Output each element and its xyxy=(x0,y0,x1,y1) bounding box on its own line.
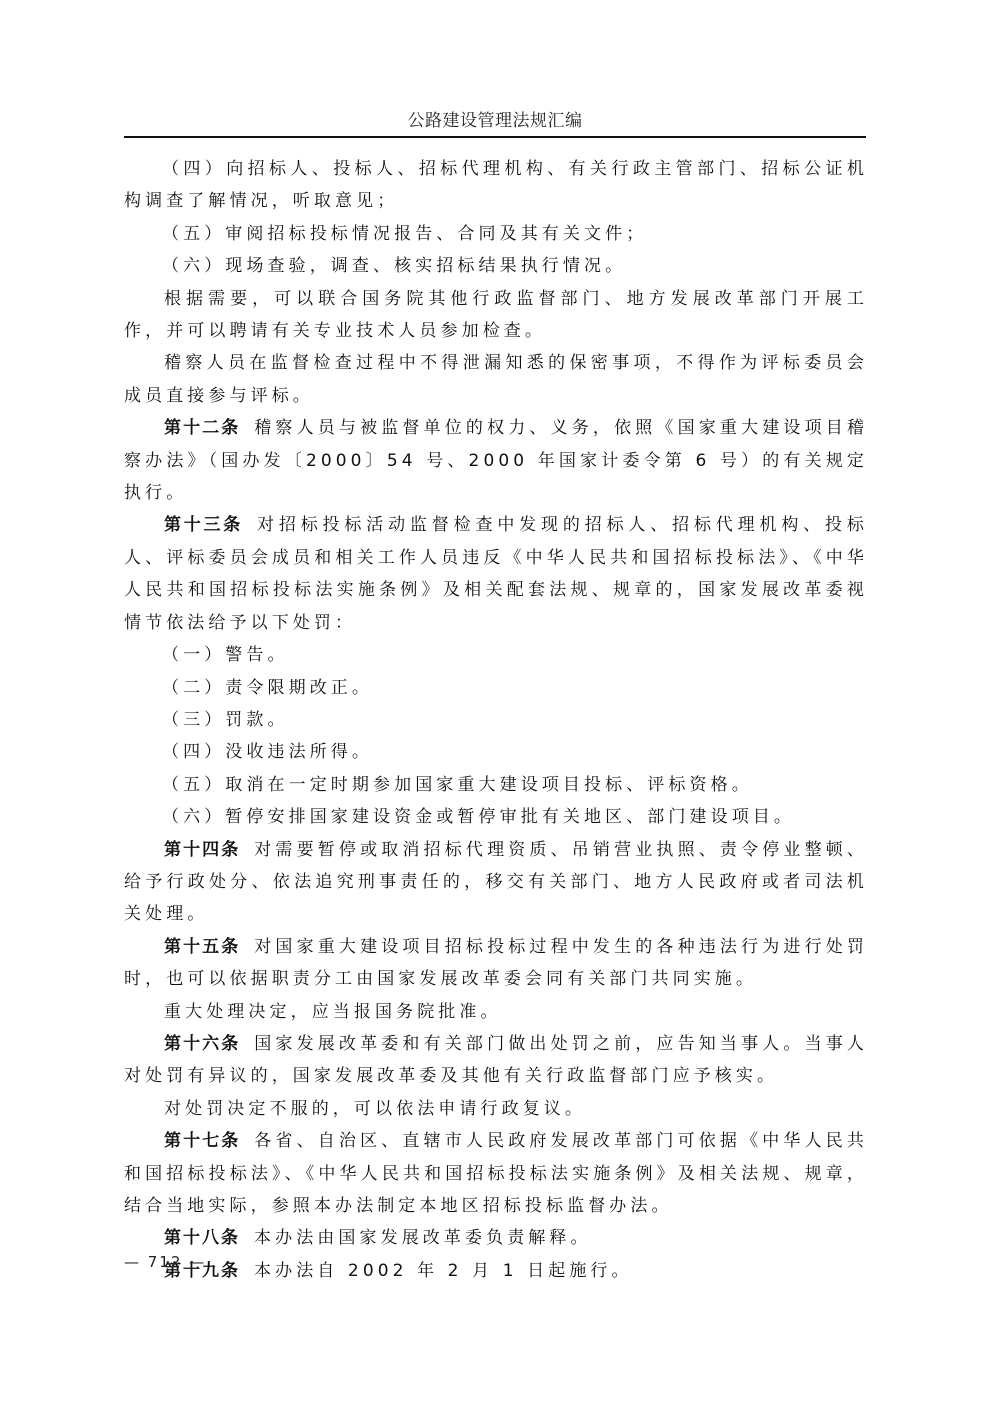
penalty-item-4: （四）没收违法所得。 xyxy=(124,736,868,768)
running-header-title: 公路建设管理法规汇编 xyxy=(124,106,866,131)
article-label: 第十四条 xyxy=(164,840,240,860)
paragraph-text: （三）罚款。 xyxy=(162,710,289,730)
paragraph-text: （六）暂停安排国家建设资金或暂停审批有关地区、部门建设项目。 xyxy=(162,807,795,827)
article-label: 第十五条 xyxy=(164,937,240,957)
paragraph-text: （四）没收违法所得。 xyxy=(162,742,373,762)
penalty-item-3: （三）罚款。 xyxy=(124,704,868,736)
paragraph-text: 稽察人员在监督检查过程中不得泄漏知悉的保密事项，不得作为评标委员会成员直接参与评… xyxy=(124,353,868,405)
paragraph-text: （五）取消在一定时期参加国家重大建设项目投标、评标资格。 xyxy=(162,775,753,795)
article-13: 第十三条对招标投标活动监督检查中发现的招标人、招标代理机构、投标人、评标委员会成… xyxy=(124,509,868,639)
page-number: — 712 — xyxy=(124,1253,206,1271)
paragraph-text: 重大处理决定，应当报国务院批准。 xyxy=(164,1002,502,1022)
article-label: 第十七条 xyxy=(164,1131,240,1151)
paragraph: 根据需要，可以联合国务院其他行政监督部门、地方发展改革部门开展工作，并可以聘请有… xyxy=(124,283,868,348)
paragraph: 稽察人员在监督检查过程中不得泄漏知悉的保密事项，不得作为评标委员会成员直接参与评… xyxy=(124,347,868,412)
paragraph-text: （一）警告。 xyxy=(162,645,289,665)
article-15: 第十五条对国家重大建设项目招标投标过程中发生的各种违法行为进行处罚时，也可以依据… xyxy=(124,931,868,996)
paragraph: 重大处理决定，应当报国务院批准。 xyxy=(124,996,868,1028)
paragraph-text: （四）向招标人、投标人、招标代理机构、有关行政主管部门、招标公证机构调查了解情况… xyxy=(124,159,868,211)
paragraph-text: （六）现场查验，调查、核实招标结果执行情况。 xyxy=(162,256,626,276)
penalty-item-1: （一）警告。 xyxy=(124,639,868,671)
paragraph-text: （二）责令限期改正。 xyxy=(162,678,373,698)
article-17: 第十七条各省、自治区、直辖市人民政府发展改革部门可依据《中华人民共和国招标投标法… xyxy=(124,1125,868,1222)
article-18: 第十八条本办法由国家发展改革委负责解释。 xyxy=(124,1222,868,1254)
article-12: 第十二条稽察人员与被监督单位的权力、义务，依照《国家重大建设项目稽察办法》（国办… xyxy=(124,412,868,509)
paragraph-text: 对处罚决定不服的，可以依法申请行政复议。 xyxy=(164,1099,586,1119)
article-label: 第十二条 xyxy=(164,418,240,438)
paragraph-text: 根据需要，可以联合国务院其他行政监督部门、地方发展改革部门开展工作，并可以聘请有… xyxy=(124,289,868,341)
paragraph: 对处罚决定不服的，可以依法申请行政复议。 xyxy=(124,1093,868,1125)
paragraph-text: （五）审阅招标投标情况报告、合同及其有关文件； xyxy=(162,224,647,244)
penalty-item-6: （六）暂停安排国家建设资金或暂停审批有关地区、部门建设项目。 xyxy=(124,801,868,833)
penalty-item-2: （二）责令限期改正。 xyxy=(124,672,868,704)
list-item-6: （六）现场查验，调查、核实招标结果执行情况。 xyxy=(124,250,868,282)
article-text: 本办法自 2002 年 2 月 1 日起施行。 xyxy=(254,1261,633,1281)
article-16: 第十六条国家发展改革委和有关部门做出处罚之前，应告知当事人。当事人对处罚有异议的… xyxy=(124,1028,868,1093)
article-label: 第十六条 xyxy=(164,1034,240,1054)
list-item-5: （五）审阅招标投标情况报告、合同及其有关文件； xyxy=(124,218,868,250)
header-rule xyxy=(124,136,866,138)
article-label: 第十八条 xyxy=(164,1228,240,1248)
article-19: 第十九条本办法自 2002 年 2 月 1 日起施行。 xyxy=(124,1255,868,1287)
page-body: （四）向招标人、投标人、招标代理机构、有关行政主管部门、招标公证机构调查了解情况… xyxy=(124,153,868,1287)
list-item-4: （四）向招标人、投标人、招标代理机构、有关行政主管部门、招标公证机构调查了解情况… xyxy=(124,153,868,218)
article-label: 第十三条 xyxy=(164,515,243,535)
article-14: 第十四条对需要暂停或取消招标代理资质、吊销营业执照、责令停业整顿、给予行政处分、… xyxy=(124,834,868,931)
penalty-item-5: （五）取消在一定时期参加国家重大建设项目投标、评标资格。 xyxy=(124,769,868,801)
article-text: 本办法由国家发展改革委负责解释。 xyxy=(254,1228,592,1248)
